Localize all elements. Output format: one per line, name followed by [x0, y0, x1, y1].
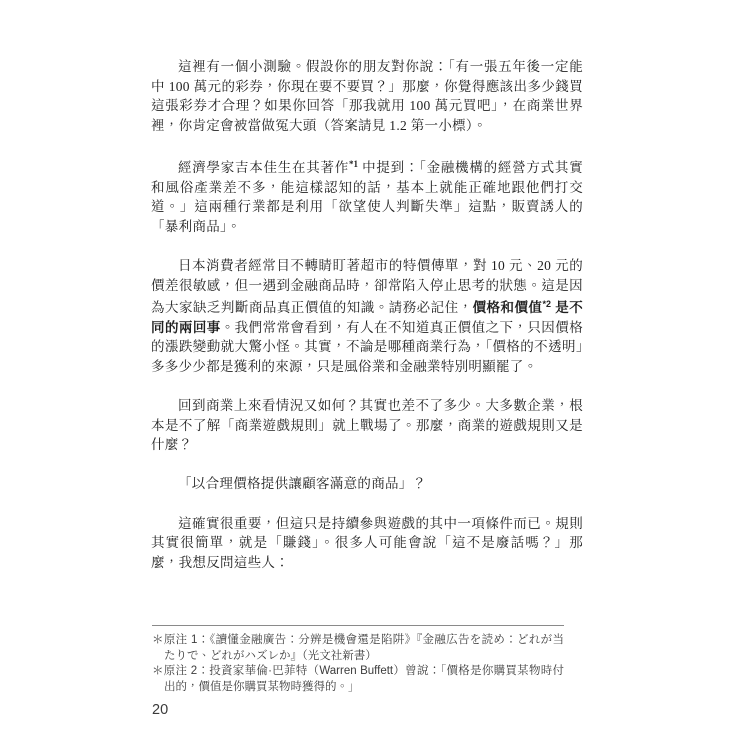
bold-text: 價格和價值: [473, 300, 543, 315]
page-number: 20: [152, 702, 168, 718]
footnotes-section: ＊原注 1：《讀懂金融廣告：分辨是機會還是陷阱》『金融広告を読め：どれが当たりで…: [152, 625, 564, 695]
paragraph-quoted-question: 「以合理價格提供讓顧客滿意的商品」？: [151, 474, 583, 494]
footnote-marker-1: *1: [349, 159, 358, 169]
body-text-block: 這裡有一個小測驗。假設你的朋友對你說：「有一張五年後一定能中 100 萬元的彩券…: [151, 57, 583, 572]
paragraph-business-rules: 回到商業上來看情況又如何？其實也差不了多少。大多數企業，根本是不了解「商業遊戲規…: [151, 396, 583, 455]
paragraph-quiz-intro: 這裡有一個小測驗。假設你的朋友對你說：「有一張五年後一定能中 100 萬元的彩券…: [151, 57, 583, 135]
paragraph-text: 經濟學家吉本佳生在其著作: [178, 160, 349, 175]
footnote-marker-2: *2: [542, 299, 551, 309]
footnote-1: ＊原注 1：《讀懂金融廣告：分辨是機會還是陷阱》『金融広告を読め：どれが当たりで…: [152, 633, 564, 664]
footnote-divider: [152, 625, 564, 626]
paragraph-rule-is-money: 這確實很重要，但這只是持續參與遊戲的其中一項條件而已。規則其實很簡單，就是「賺錢…: [151, 514, 583, 573]
book-page: 這裡有一個小測驗。假設你的朋友對你說：「有一張五年後一定能中 100 萬元的彩券…: [0, 0, 750, 750]
footnote-2: ＊原注 2：投資家華倫·巴菲特（Warren Buffett）曾說：「價格是你購…: [152, 664, 564, 695]
paragraph-price-vs-value: 日本消費者經常目不轉睛盯著超市的特價傳單，對 10 元、20 元的價差很敏感，但…: [151, 256, 583, 377]
paragraph-economist-quote: 經濟學家吉本佳生在其著作*1 中提到：「金融機構的經營方式其實和風俗產業差不多，…: [151, 155, 583, 236]
